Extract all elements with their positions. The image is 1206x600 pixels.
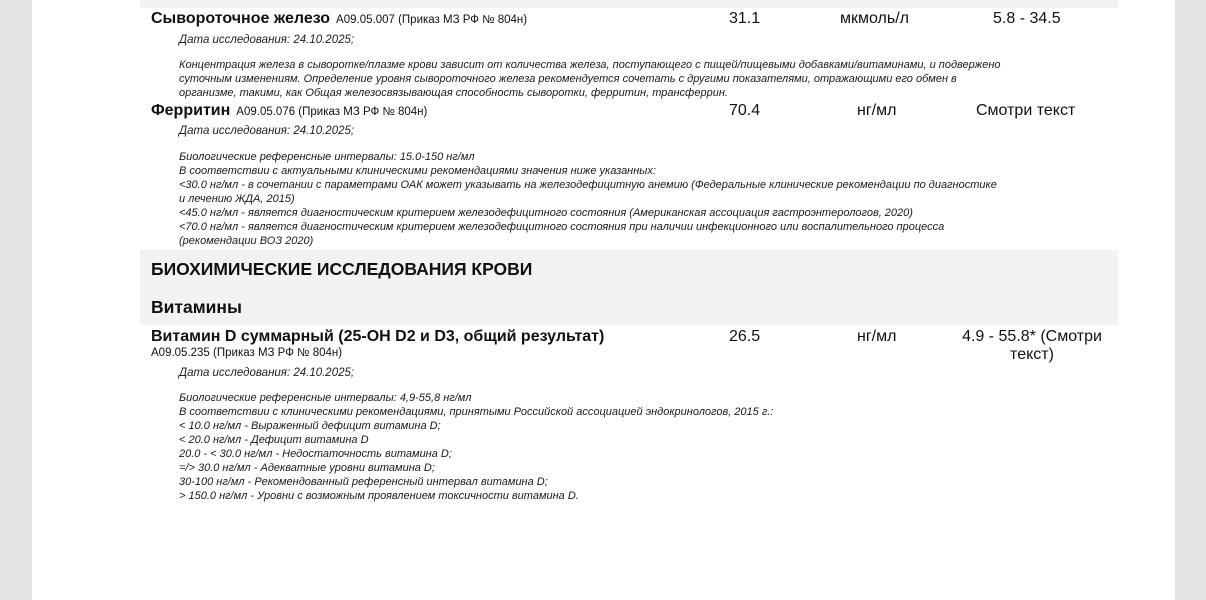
test-note: Биологические референсные интервалы: 4,9… — [179, 391, 773, 503]
study-date: Дата исследования: 24.10.2025; — [179, 34, 354, 46]
reference-range: Смотри текст — [976, 102, 1075, 120]
test-note: Концентрация железа в сыворотке/плазме к… — [179, 58, 1001, 100]
result-value: 31.1 — [729, 10, 760, 28]
previous-section-band — [140, 0, 1118, 8]
result-unit: нг/мл — [857, 328, 896, 346]
study-date: Дата исследования: 24.10.2025; — [179, 125, 354, 137]
test-name: Ферритин — [151, 102, 230, 119]
result-unit: мкмоль/л — [840, 10, 909, 28]
test-name: Витамин D суммарный (25-OH D2 и D3, общи… — [151, 328, 604, 346]
section-subtitle: Витамины — [151, 297, 242, 318]
section-title: БИОХИМИЧЕСКИЕ ИССЛЕДОВАНИЯ КРОВИ — [151, 259, 532, 280]
test-name-ferritin: ФерритинA09.05.076 (Приказ МЗ РФ № 804н) — [151, 102, 427, 120]
result-value: 26.5 — [729, 328, 760, 346]
document-page: Сывороточное железоA09.05.007 (Приказ МЗ… — [32, 0, 1175, 600]
test-code: A09.05.007 (Приказ МЗ РФ № 804н) — [336, 14, 527, 26]
reference-range: 4.9 - 55.8* (Смотри текст) — [947, 328, 1117, 364]
result-value: 70.4 — [729, 102, 760, 120]
test-code: A09.05.076 (Приказ МЗ РФ № 804н) — [236, 106, 427, 118]
test-name: Сывороточное железо — [151, 10, 330, 27]
result-unit: нг/мл — [857, 102, 896, 120]
test-name-serum-iron: Сывороточное железоA09.05.007 (Приказ МЗ… — [151, 10, 527, 28]
study-date: Дата исследования: 24.10.2025; — [179, 367, 354, 379]
reference-range: 5.8 - 34.5 — [993, 10, 1061, 28]
test-code: A09.05.235 (Приказ МЗ РФ № 804н) — [151, 347, 342, 359]
test-note: Биологические референсные интервалы: 15.… — [179, 150, 997, 248]
